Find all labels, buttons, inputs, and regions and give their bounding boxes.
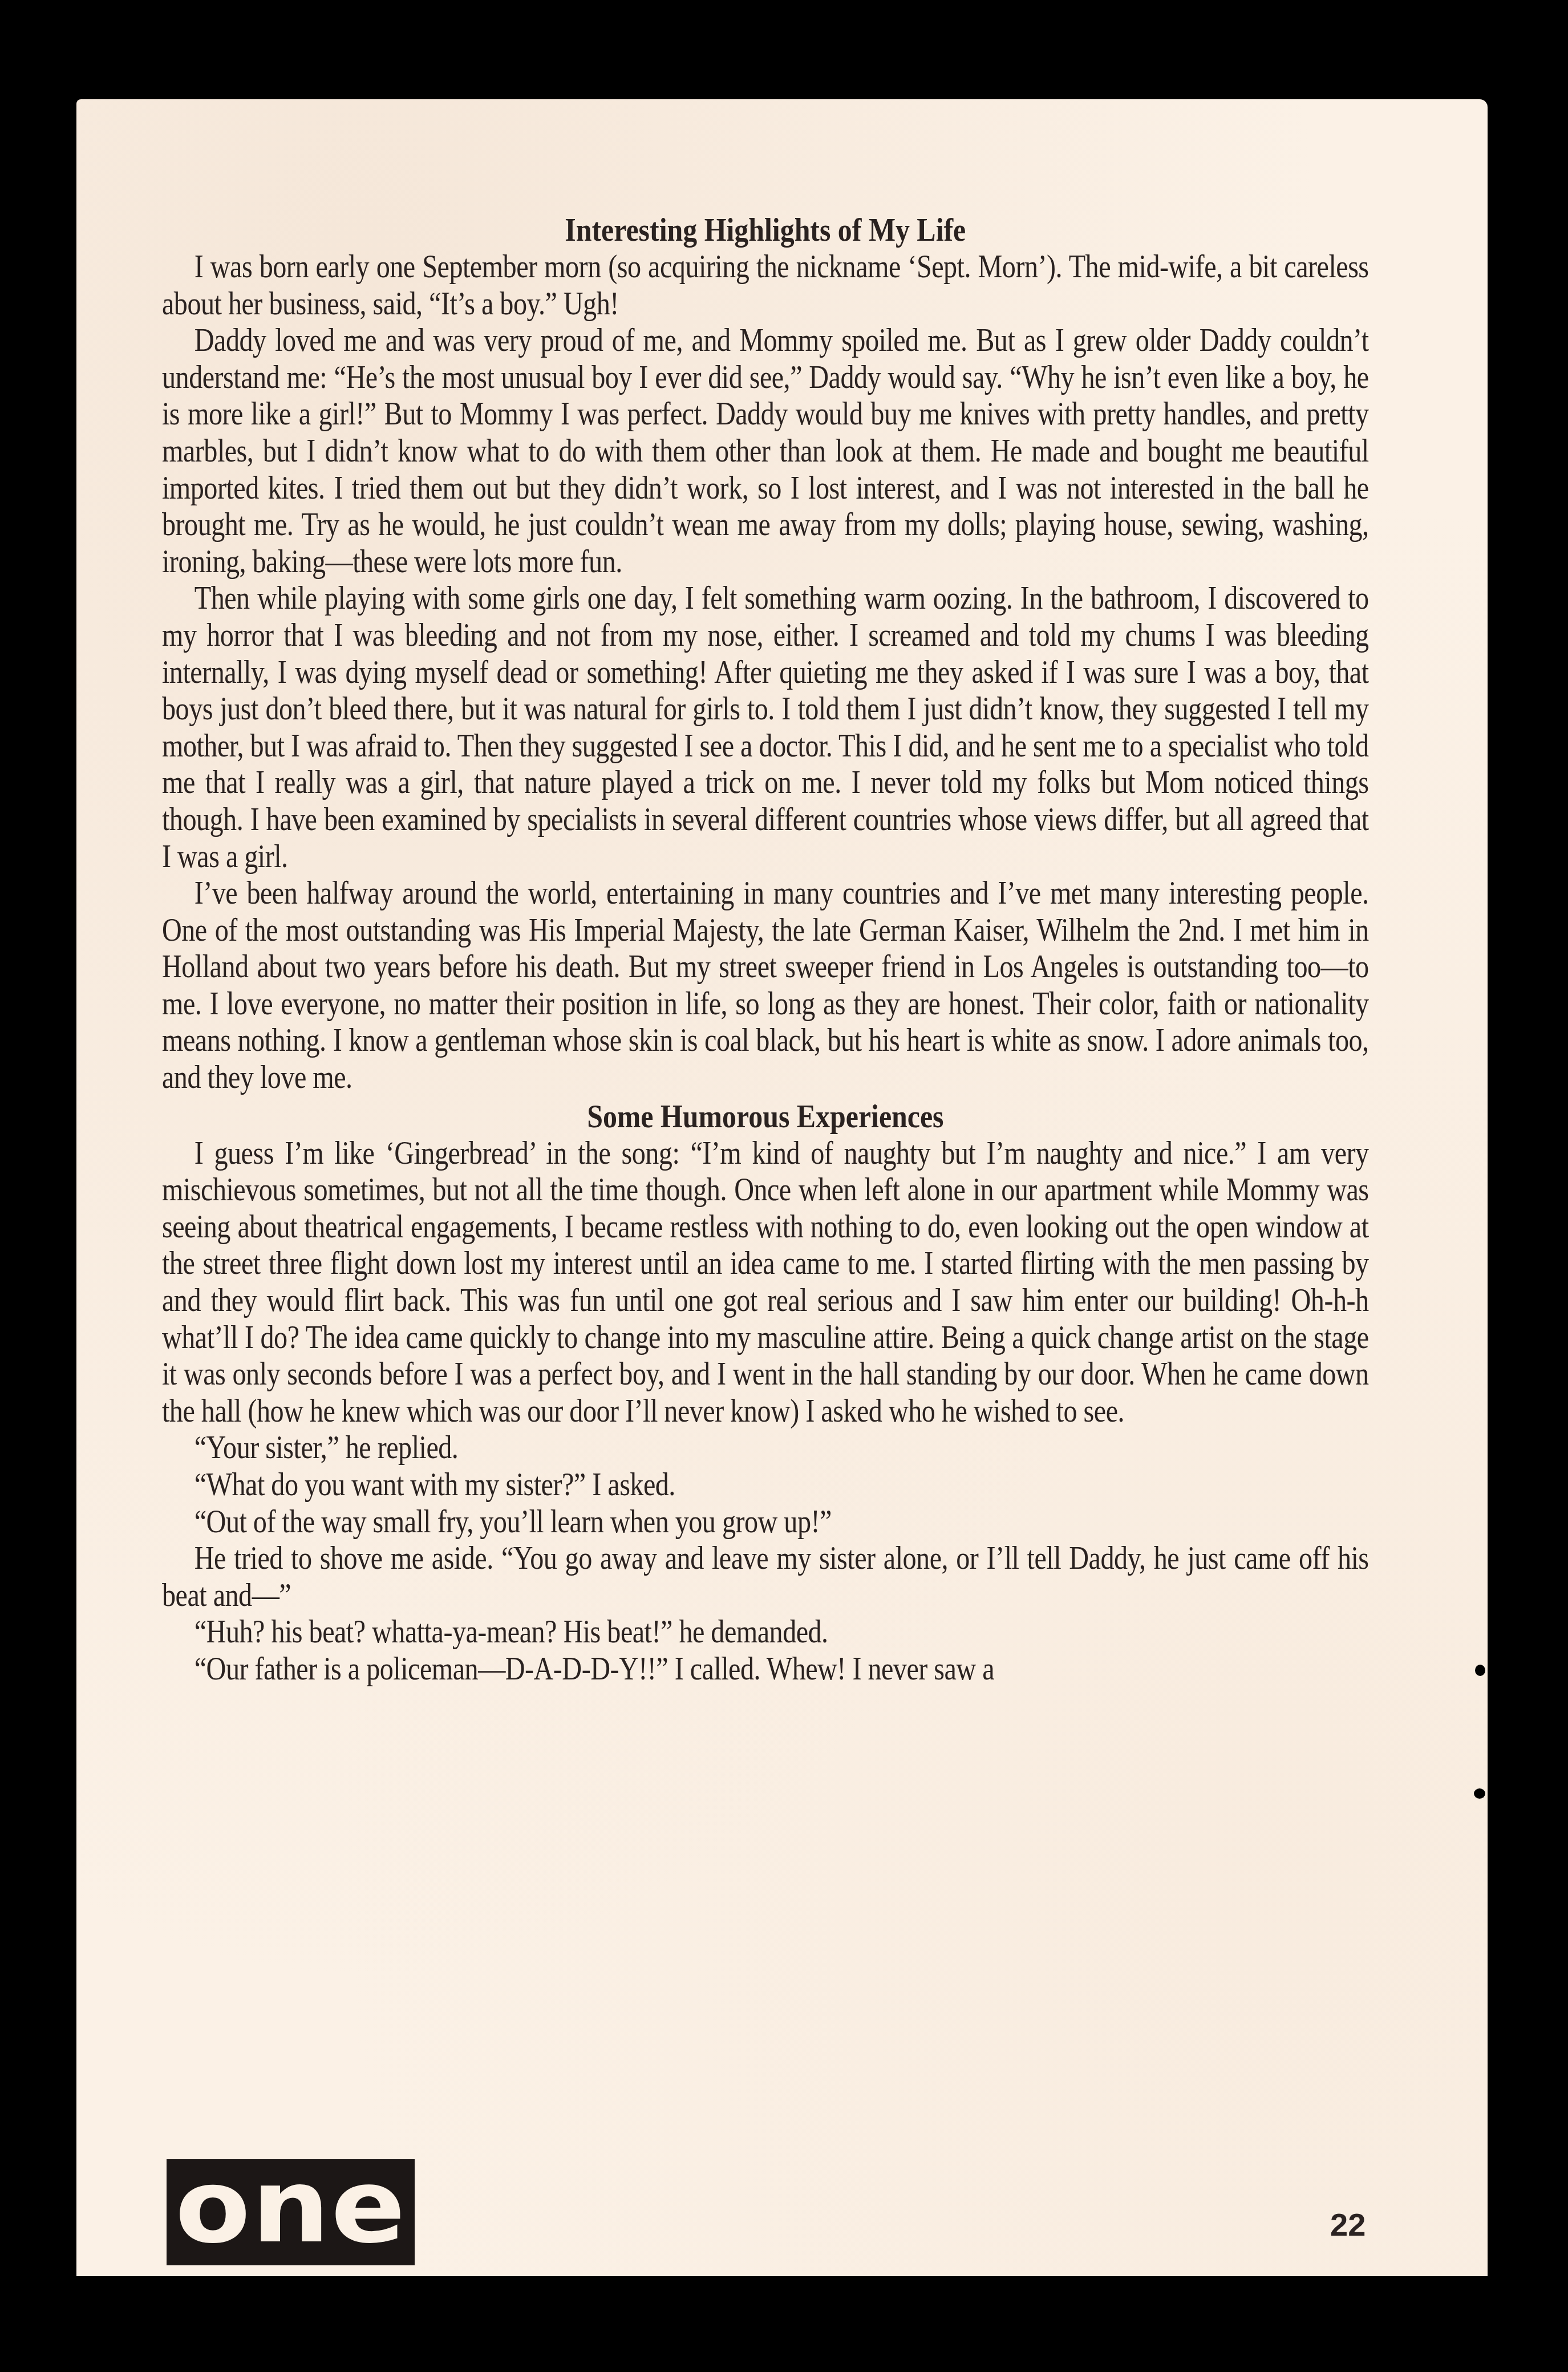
article-column: Interesting Highlights of My Life I was …: [162, 211, 1200, 1688]
paper-tear-mark: [1474, 1788, 1485, 1799]
magazine-page: Interesting Highlights of My Life I was …: [76, 99, 1488, 2276]
dialog-line: “Huh? his beat? whatta-ya-mean? His beat…: [162, 1614, 1369, 1651]
dialog-line: “Your sister,” he replied.: [162, 1430, 1369, 1467]
page-number: 22: [1330, 2206, 1366, 2243]
paragraph-gingerbread: I guess I’m like ‘Gingerbread’ in the so…: [162, 1135, 1369, 1430]
paragraph-discovery: Then while playing with some girls one d…: [162, 580, 1369, 875]
dialog-line: “Our father is a policeman—D-A-D-D-Y!!” …: [162, 1651, 1369, 1688]
logo-text: one: [175, 2156, 407, 2257]
dialog-line: “What do you want with my sister?” I ask…: [162, 1467, 1369, 1504]
dialog-line: He tried to shove me aside. “You go away…: [162, 1540, 1369, 1614]
section-heading-humorous: Some Humorous Experiences: [162, 1098, 1369, 1135]
paragraph-childhood: Daddy loved me and was very proud of me,…: [162, 322, 1369, 580]
paragraph-birth: I was born early one September morn (so …: [162, 249, 1369, 322]
dialog-line: “Out of the way small fry, you’ll learn …: [162, 1504, 1369, 1541]
paragraph-travels: I’ve been halfway around the world, ente…: [162, 875, 1369, 1096]
one-magazine-logo: one: [167, 2159, 415, 2265]
paper-tear-mark: [1475, 1665, 1485, 1676]
section-heading-highlights: Interesting Highlights of My Life: [162, 211, 1369, 249]
